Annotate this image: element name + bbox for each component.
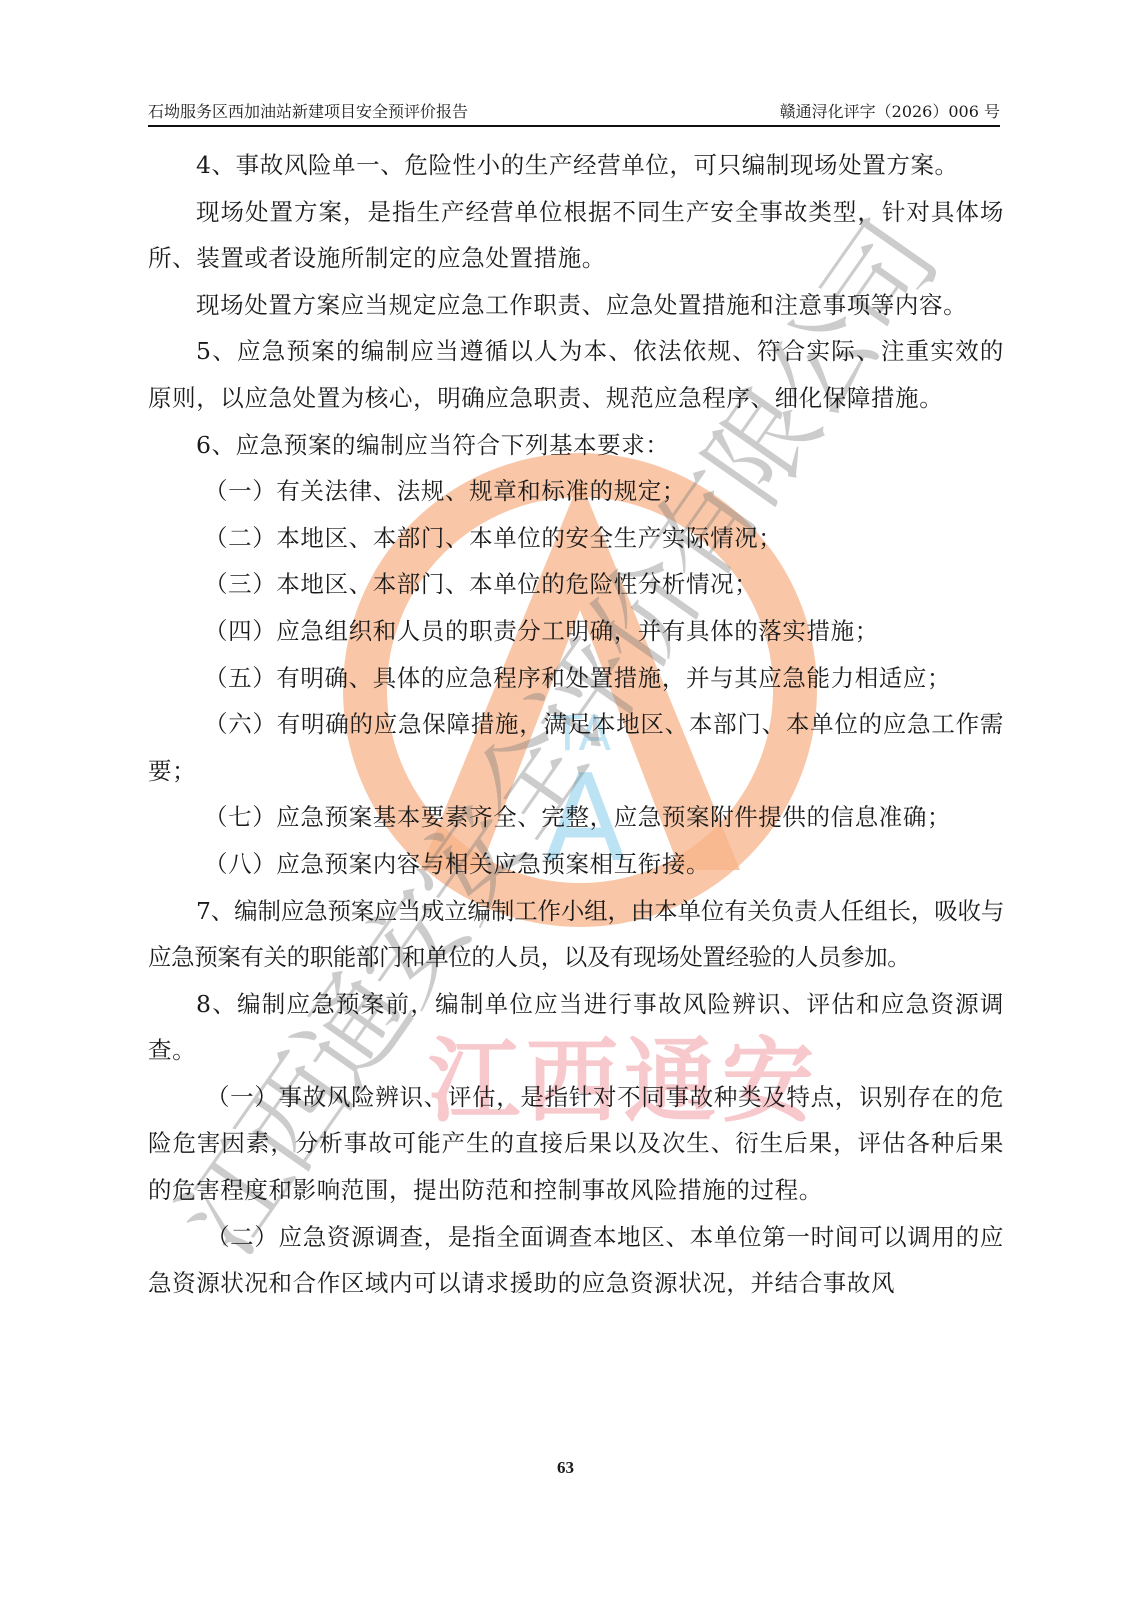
requirement-item: （二）本地区、本部门、本单位的安全生产实际情况； (148, 515, 1004, 562)
page-header: 石坳服务区西加油站新建项目安全预评价报告 赣通浔化评字（2026）006 号 (148, 96, 1000, 127)
paragraph-6: 6、应急预案的编制应当符合下列基本要求： (148, 422, 1004, 469)
report-title: 石坳服务区西加油站新建项目安全预评价报告 (148, 99, 468, 122)
document-body: 4、事故风险单一、危险性小的生产经营单位，可只编制现场处置方案。 现场处置方案，… (148, 142, 1004, 1307)
requirement-item: （三）本地区、本部门、本单位的危险性分析情况； (148, 561, 1004, 608)
page-number: 63 (0, 1458, 1131, 1478)
requirement-item: （七）应急预案基本要素齐全、完整，应急预案附件提供的信息准确； (148, 794, 1004, 841)
paragraph-7: 7、编制应急预案应当成立编制工作小组，由本单位有关负责人任组长，吸收与应急预案有… (148, 888, 1004, 981)
paragraph-8-resource-survey: （二）应急资源调查，是指全面调查本地区、本单位第一时间可以调用的应急资源状况和合… (148, 1214, 1004, 1307)
paragraph-4: 4、事故风险单一、危险性小的生产经营单位，可只编制现场处置方案。 (148, 142, 1004, 189)
requirement-item: （五）有明确、具体的应急程序和处置措施，并与其应急能力相适应； (148, 655, 1004, 702)
requirement-item: （八）应急预案内容与相关应急预案相互衔接。 (148, 841, 1004, 888)
paragraph-4-content: 现场处置方案应当规定应急工作职责、应急处置措施和注意事项等内容。 (148, 282, 1004, 329)
requirement-item: （四）应急组织和人员的职责分工明确，并有具体的落实措施； (148, 608, 1004, 655)
requirement-item: （六）有明确的应急保障措施，满足本地区、本部门、本单位的应急工作需要； (148, 701, 1004, 794)
paragraph-8-risk-assessment: （一）事故风险辨识、评估，是指针对不同事故种类及特点，识别存在的危险危害因素，分… (148, 1074, 1004, 1214)
paragraph-8: 8、编制应急预案前，编制单位应当进行事故风险辨识、评估和应急资源调查。 (148, 981, 1004, 1074)
requirement-item: （一）有关法律、法规、规章和标准的规定； (148, 468, 1004, 515)
paragraph-5: 5、应急预案的编制应当遵循以人为本、依法依规、符合实际、注重实效的原则，以应急处… (148, 328, 1004, 421)
document-number: 赣通浔化评字（2026）006 号 (780, 99, 1000, 122)
paragraph-4-definition: 现场处置方案，是指生产经营单位根据不同生产安全事故类型，针对具体场所、装置或者设… (148, 189, 1004, 282)
